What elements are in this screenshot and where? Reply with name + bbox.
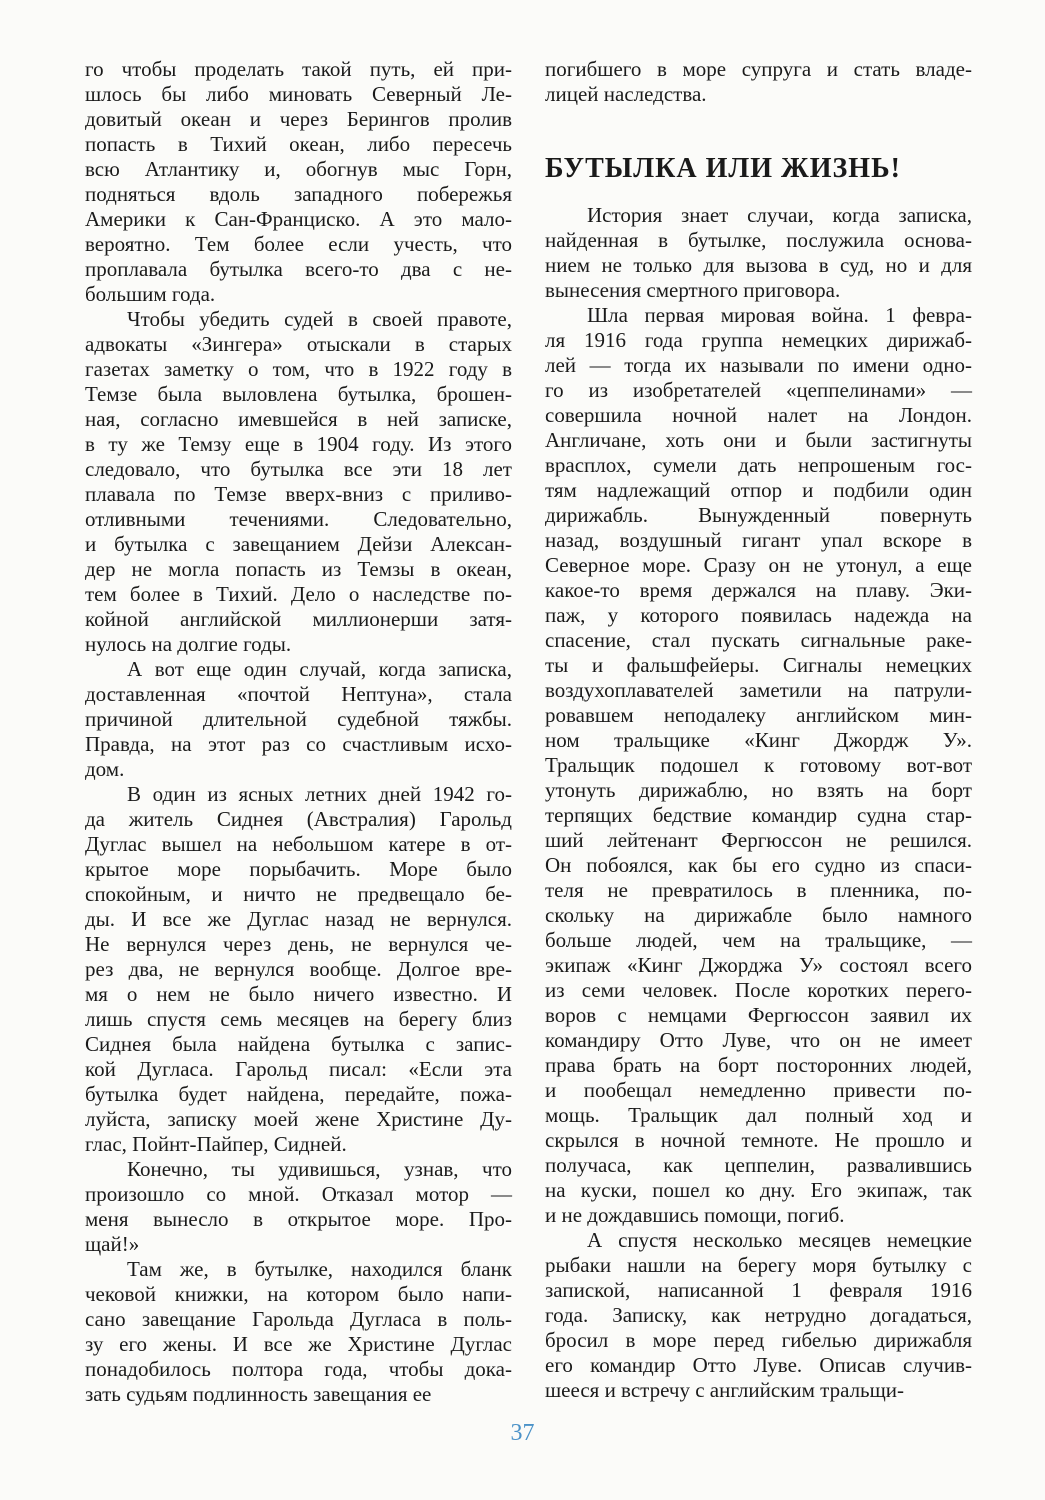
text-line: терпящих бедствие командир судна стар-: [545, 803, 972, 828]
text-line: ший лейтенант Фергюссон не решился.: [545, 828, 972, 853]
text-line: ля 1916 года группа немецких дирижаб-: [545, 328, 972, 353]
text-line: права брать на борт посторонних людей,: [545, 1053, 972, 1078]
text-line: Сиднея была найдена бутылка с запис-: [85, 1032, 512, 1057]
text-line: воров с немцами Фергюссон заявил их: [545, 1003, 972, 1028]
text-line: да житель Сиднея (Австралия) Гарольд: [85, 807, 512, 832]
text-line: тем более в Тихий. Дело о наследстве по-: [85, 582, 512, 607]
text-line: ровавшем неподалеку английском мин-: [545, 703, 972, 728]
text-line: лей — тогда их называли по имени одно-: [545, 353, 972, 378]
text-line: в ту же Темзу еще в 1904 году. Из этого: [85, 432, 512, 457]
paragraph: А спустя несколько месяцев немецкиерыбак…: [545, 1228, 972, 1403]
text-line: дом.: [85, 757, 512, 782]
text-line: газетах заметку о том, что в 1922 году в: [85, 357, 512, 382]
text-line: больше людей, чем на тральщике, —: [545, 928, 972, 953]
text-line: командиру Отто Луве, что он не имеет: [545, 1028, 972, 1053]
text-line: тям надлежащий отпор и подбили один: [545, 478, 972, 503]
text-line: паж, у которого появилась надежда на: [545, 603, 972, 628]
text-line: В один из ясных летних дней 1942 го-: [85, 782, 512, 807]
text-line: меня вынесло в открытое море. Про-: [85, 1207, 512, 1232]
paragraph: го чтобы проделать такой путь, ей при-шл…: [85, 57, 512, 307]
text-line: большим года.: [85, 282, 512, 307]
text-line: отливными течениями. Следовательно,: [85, 507, 512, 532]
text-line: всю Атлантику и, обогнув мыс Горн,: [85, 157, 512, 182]
text-line: плавала по Темзе вверх-вниз с приливо-: [85, 482, 512, 507]
left-column: го чтобы проделать такой путь, ей при-шл…: [85, 57, 512, 1407]
text-line: нулось на долгие годы.: [85, 632, 512, 657]
text-line: рыбаки нашли на берегу моря бутылку с: [545, 1253, 972, 1278]
text-line: зу его жены. И все же Христине Дуглас: [85, 1332, 512, 1357]
text-line: года. Записку, как нетрудно догадаться,: [545, 1303, 972, 1328]
paragraph: Шла первая мировая война. 1 февра-ля 191…: [545, 303, 972, 1228]
text-line: и бутылка с завещанием Дейзи Алексан-: [85, 532, 512, 557]
text-line: Не вернулся через день, не вернулся че-: [85, 932, 512, 957]
text-line: какое-то время держался на плаву. Эки-: [545, 578, 972, 603]
text-line: скольку на дирижабле было намного: [545, 903, 972, 928]
paragraph: В один из ясных летних дней 1942 го-да ж…: [85, 782, 512, 1157]
text-line: сано завещание Гарольда Дугласа в поль-: [85, 1307, 512, 1332]
text-line: шлось бы либо миновать Северный Ле-: [85, 82, 512, 107]
text-line: запиской, написанной 1 февраля 1916: [545, 1278, 972, 1303]
text-line: зать судьям подлинность завещания ее: [85, 1382, 512, 1407]
text-line: го чтобы проделать такой путь, ей при-: [85, 57, 512, 82]
text-line: Он побоялся, как бы его судно из спаси-: [545, 853, 972, 878]
text-line: Там же, в бутылке, находился бланк: [85, 1257, 512, 1282]
text-line: А спустя несколько месяцев немецкие: [545, 1228, 972, 1253]
text-line: кой Дугласа. Гарольд писал: «Если эта: [85, 1057, 512, 1082]
text-line: Правда, на этот раз со счастливым исхо-: [85, 732, 512, 757]
text-line: адвокаты «Зингера» отыскали в старых: [85, 332, 512, 357]
text-line: Дуглас вышел на небольшом катере в от-: [85, 832, 512, 857]
text-line: лишь спустя семь месяцев на берегу близ: [85, 1007, 512, 1032]
text-line: вероятно. Тем более если учесть, что: [85, 232, 512, 257]
text-line: проплавала бутылка всего-то два с не-: [85, 257, 512, 282]
text-line: Северное море. Сразу он не утонул, а еще: [545, 553, 972, 578]
right-column: погибшего в море супруга и стать владе-л…: [545, 57, 972, 1403]
text-line: воздухоплавателей заметили на патрули-: [545, 678, 972, 703]
article-title: БУТЫЛКА ИЛИ ЖИЗНЬ!: [545, 152, 972, 185]
book-page: го чтобы проделать такой путь, ей при-шл…: [0, 0, 1045, 1500]
text-line: Конечно, ты удивишься, узнав, что: [85, 1157, 512, 1182]
text-line: утонуть дирижаблю, но взять на борт: [545, 778, 972, 803]
paragraph: История знает случаи, когда записка,найд…: [545, 203, 972, 303]
text-line: луйста, записку моей жене Христине Ду-: [85, 1107, 512, 1132]
paragraph: Конечно, ты удивишься, узнав, чтопроизош…: [85, 1157, 512, 1257]
paragraph: Там же, в бутылке, находился бланкчеково…: [85, 1257, 512, 1407]
text-line: понадобилось полтора года, чтобы дока-: [85, 1357, 512, 1382]
text-line: крытое море порыбачить. Море было: [85, 857, 512, 882]
text-line: ты и фальшфейеры. Сигналы немецких: [545, 653, 972, 678]
text-line: Чтобы убедить судей в своей правоте,: [85, 307, 512, 332]
text-line: его командир Отто Луве. Описав случив-: [545, 1353, 972, 1378]
text-line: экипаж «Кинг Джорджа У» состоял всего: [545, 953, 972, 978]
text-line: и пообещал немедленно привести по-: [545, 1078, 972, 1103]
text-line: ная, согласно имевшейся в ней записке,: [85, 407, 512, 432]
text-line: бросил в море перед гибелью дирижабля: [545, 1328, 972, 1353]
text-line: произошло со мной. Отказал мотор —: [85, 1182, 512, 1207]
text-line: следовало, что бутылка все эти 18 лет: [85, 457, 512, 482]
text-line: го из изобретателей «цеппелинами» —: [545, 378, 972, 403]
text-line: подняться вдоль западного побережья: [85, 182, 512, 207]
text-line: получаса, как цеппелин, развалившись: [545, 1153, 972, 1178]
text-line: Англичане, хоть они и были застигнуты: [545, 428, 972, 453]
text-line: Тральщик подошел к готовому вот-вот: [545, 753, 972, 778]
paragraph: Чтобы убедить судей в своей правоте,адво…: [85, 307, 512, 657]
text-line: врасплох, сумели дать непрошеным гос-: [545, 453, 972, 478]
text-line: скрылся в ночной темноте. Не прошло и: [545, 1128, 972, 1153]
text-line: вынесения смертного приговора.: [545, 278, 972, 303]
text-line: погибшего в море супруга и стать владе-: [545, 57, 972, 82]
text-line: на куски, пошел ко дну. Его экипаж, так: [545, 1178, 972, 1203]
text-line: Америки к Сан-Франциско. А это мало-: [85, 207, 512, 232]
text-line: спокойным, и ничто не предвещало бе-: [85, 882, 512, 907]
text-line: совершила ночной налет на Лондон.: [545, 403, 972, 428]
text-line: доставленная «почтой Нептуна», стала: [85, 682, 512, 707]
text-line: спасение, стал пускать сигнальные раке-: [545, 628, 972, 653]
page-number: 37: [0, 1420, 1045, 1446]
paragraph: А вот еще один случай, когда записка,дос…: [85, 657, 512, 782]
paragraph: погибшего в море супруга и стать владе-л…: [545, 57, 972, 107]
text-line: лицей наследства.: [545, 82, 972, 107]
text-line: чековой книжки, на котором было напи-: [85, 1282, 512, 1307]
text-line: История знает случаи, когда записка,: [545, 203, 972, 228]
text-line: Шла первая мировая война. 1 февра-: [545, 303, 972, 328]
text-line: ды. И все же Дуглас назад не вернулся.: [85, 907, 512, 932]
text-line: мощь. Тральщик дал полный ход и: [545, 1103, 972, 1128]
text-line: дер не могла попасть из Темзы в океан,: [85, 557, 512, 582]
text-line: найденная в бутылке, послужила основа-: [545, 228, 972, 253]
text-line: дирижабль. Вынужденный повернуть: [545, 503, 972, 528]
text-line: назад, воздушный гигант упал вскоре в: [545, 528, 972, 553]
text-line: довитый океан и через Берингов пролив: [85, 107, 512, 132]
text-line: бутылка будет найдена, передайте, пожа-: [85, 1082, 512, 1107]
text-line: койной английской миллионерши затя-: [85, 607, 512, 632]
text-line: из семи человек. После коротких перего-: [545, 978, 972, 1003]
text-line: мя о нем не было ничего известно. И: [85, 982, 512, 1007]
text-line: попасть в Тихий океан, либо пересечь: [85, 132, 512, 157]
text-line: А вот еще один случай, когда записка,: [85, 657, 512, 682]
text-line: теля не превратилось в пленника, по-: [545, 878, 972, 903]
text-line: шееся и встречу с английским тральщи-: [545, 1378, 972, 1403]
text-line: глас, Пойнт-Пайпер, Сидней.: [85, 1132, 512, 1157]
text-line: причиной длительной судебной тяжбы.: [85, 707, 512, 732]
text-line: ном тральщике «Кинг Джордж У».: [545, 728, 972, 753]
text-line: щай!»: [85, 1232, 512, 1257]
text-line: и не дождавшись помощи, погиб.: [545, 1203, 972, 1228]
text-line: нием не только для вызова в суд, но и дл…: [545, 253, 972, 278]
text-line: Темзе была выловлена бутылка, брошен-: [85, 382, 512, 407]
text-line: рез два, не вернулся вообще. Долгое вре-: [85, 957, 512, 982]
